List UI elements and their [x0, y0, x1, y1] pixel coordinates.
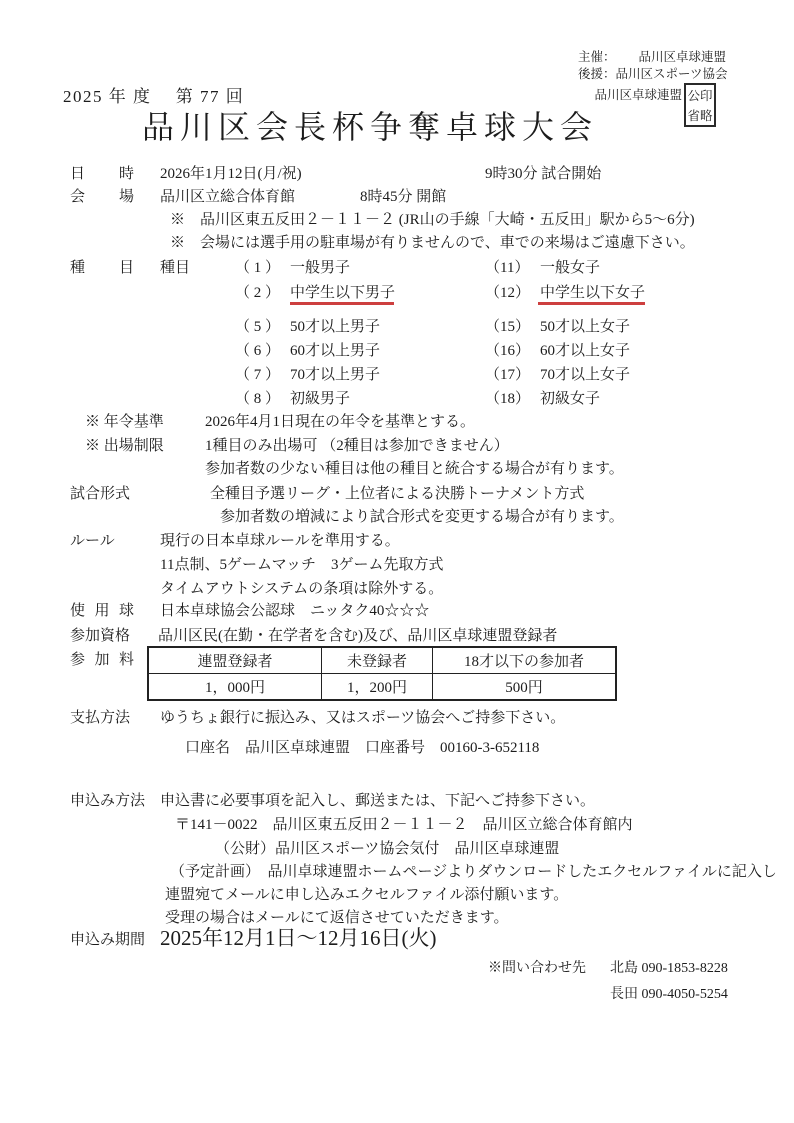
date-label: 日時 — [70, 165, 134, 184]
rules-line1: 現行の日本卓球ルールを準用する。 — [160, 532, 400, 551]
period-label: 申込み期間 — [70, 931, 145, 950]
events-sublabel: 種目 — [160, 259, 190, 278]
fees-header-cell: 連盟登録者 — [148, 647, 322, 674]
contact-label: ※問い合わせ先 — [488, 960, 586, 978]
venue-note-address: ※ 品川区東五反田２－１１－２ (JR山の手線「大崎・五反田」駅から5～6分) — [170, 211, 695, 230]
application-careof: （公財）品川区スポーツ協会気付 品川区卓球連盟 — [215, 840, 559, 859]
fees-header-cell: 18才以下の参加者 — [433, 647, 617, 674]
payment-label: 支払方法 — [70, 709, 130, 728]
rules-line3: タイムアウトシステムの条項は除外する。 — [160, 580, 443, 599]
fees-value-cell: 500円 — [433, 674, 617, 701]
event-no: （11） — [485, 259, 529, 278]
event-name: 50才以上女子 — [540, 318, 630, 337]
event-no: （ 1 ） — [235, 259, 280, 278]
entry-limit-text2: 参加者数の少ない種目は他の種目と統合する場合が有ります。 — [205, 460, 624, 479]
events-label: 種目 — [70, 259, 134, 278]
venue-value: 品川区立総合体育館 — [160, 188, 295, 207]
event-name: 60才以上女子 — [540, 342, 630, 361]
event-no: （ 8 ） — [235, 390, 280, 409]
sponsor-value: 品川区卓球連盟 — [638, 50, 726, 66]
red-underline-right — [538, 302, 645, 305]
payment-line1: ゆうちょ銀行に振込み、又はスポーツ協会へご持参下さい。 — [160, 709, 565, 728]
event-name: 一般男子 — [290, 259, 350, 278]
red-underline-left — [290, 302, 394, 305]
contact-person1: 北島 090-1853-8228 — [610, 960, 728, 978]
application-line1: 申込書に必要事項を記入し、郵送または、下記へご持参下さい。 — [160, 792, 595, 811]
entry-limit-text1: 1種目のみ出場可 （2種目は参加できません） — [205, 437, 509, 456]
venue-note-parking: ※ 会場には選手用の駐車場が有りませんので、車での来場はご遠慮下さい。 — [170, 234, 695, 253]
entry-limit-label: ※ 出場制限 — [85, 437, 164, 456]
format-line1: 全種目予選リーグ・上位者による決勝トーナメント方式 — [210, 485, 584, 504]
event-no: （18） — [485, 390, 530, 409]
event-name: 中学生以下女子 — [540, 284, 645, 303]
event-no: （ 2 ） — [235, 284, 280, 303]
eligibility-text: 品川区民(在勤・在学者を含む)及び、品川区卓球連盟登録者 — [158, 627, 557, 646]
contact-person2: 長田 090-4050-5254 — [610, 986, 728, 1004]
date-value: 2026年1月12日(月/祝) — [160, 165, 302, 184]
fees-value-cell: 1，200円 — [322, 674, 433, 701]
seal-top: 公印 — [686, 86, 714, 106]
support-row: 後援： 品川区スポーツ協会 — [578, 67, 726, 83]
age-basis-label: ※ 年令基準 — [85, 413, 164, 432]
application-plan: （予定計画） 品川卓球連盟ホームページよりダウンロードしたエクセルファイルに記入… — [170, 863, 777, 882]
event-name: 中学生以下男子 — [290, 284, 395, 303]
period-value: 2025年12月1日～12月16日(火) — [160, 925, 437, 951]
start-time: 9時30分 試合開始 — [485, 165, 601, 184]
event-no: （ 5 ） — [235, 318, 280, 337]
application-address: 〒141－0022 品川区東五反田２－１１－２ 品川区立総合体育館内 — [175, 816, 633, 835]
event-no: （16） — [485, 342, 530, 361]
event-name: 60才以上男子 — [290, 342, 380, 361]
seal-omitted-box: 公印 省略 — [684, 83, 716, 127]
ball-label: 使用球 — [70, 602, 134, 621]
document-page: 主催： 品川区卓球連盟 後援： 品川区スポーツ協会 品川区卓球連盟 公印 省略 … — [0, 0, 794, 1123]
event-no: （12） — [485, 284, 530, 303]
payment-account: 口座名 品川区卓球連盟 口座番号 00160-3-652118 — [185, 739, 539, 758]
event-name: 50才以上男子 — [290, 318, 380, 337]
open-time: 8時45分 開館 — [360, 188, 446, 207]
support-value: 品川区スポーツ協会 — [616, 67, 728, 83]
page-title: 品川区会長杯争奪卓球大会 — [142, 107, 598, 147]
edition-line: 2025 年 度 第 77 回 — [63, 86, 244, 107]
fees-header-row: 連盟登録者 未登録者 18才以下の参加者 — [148, 647, 616, 674]
event-no: （ 7 ） — [235, 366, 280, 385]
format-line2: 参加者数の増減により試合形式を変更する場合が有ります。 — [220, 508, 624, 527]
fees-header-cell: 未登録者 — [322, 647, 433, 674]
rules-line2: 11点制、5ゲームマッチ 3ゲーム先取方式 — [160, 556, 444, 575]
fees-value-cell: 1，000円 — [148, 674, 322, 701]
event-no: （15） — [485, 318, 530, 337]
age-basis-text: 2026年4月1日現在の年令を基準とする。 — [205, 413, 475, 432]
venue-label: 会場 — [70, 188, 134, 207]
seal-bottom: 省略 — [686, 106, 714, 126]
sponsor-label: 主催： — [578, 50, 616, 66]
event-no: （ 6 ） — [235, 342, 280, 361]
support-label: 後援： — [578, 67, 616, 83]
event-name: 初級男子 — [290, 390, 350, 409]
eligibility-label: 参加資格 — [70, 627, 130, 646]
event-name: 70才以上女子 — [540, 366, 630, 385]
application-mail1: 連盟宛てメールに申し込みエクセルファイル添付願います。 — [165, 886, 568, 905]
rules-label: ルール — [70, 532, 115, 551]
format-label: 試合形式 — [70, 485, 130, 504]
event-no: （17） — [485, 366, 530, 385]
sponsor-row: 主催： 品川区卓球連盟 — [578, 50, 726, 66]
fees-label: 参加料 — [70, 651, 134, 670]
application-label: 申込み方法 — [70, 792, 145, 811]
fees-table: 連盟登録者 未登録者 18才以下の参加者 1，000円 1，200円 500円 — [147, 646, 617, 701]
event-name: 一般女子 — [540, 259, 600, 278]
event-name: 70才以上男子 — [290, 366, 380, 385]
ball-text: 日本卓球協会公認球 ニッタク40☆☆☆ — [160, 602, 429, 621]
seal-org: 品川区卓球連盟 — [560, 88, 682, 104]
event-name: 初級女子 — [540, 390, 600, 409]
fees-value-row: 1，000円 1，200円 500円 — [148, 674, 616, 701]
